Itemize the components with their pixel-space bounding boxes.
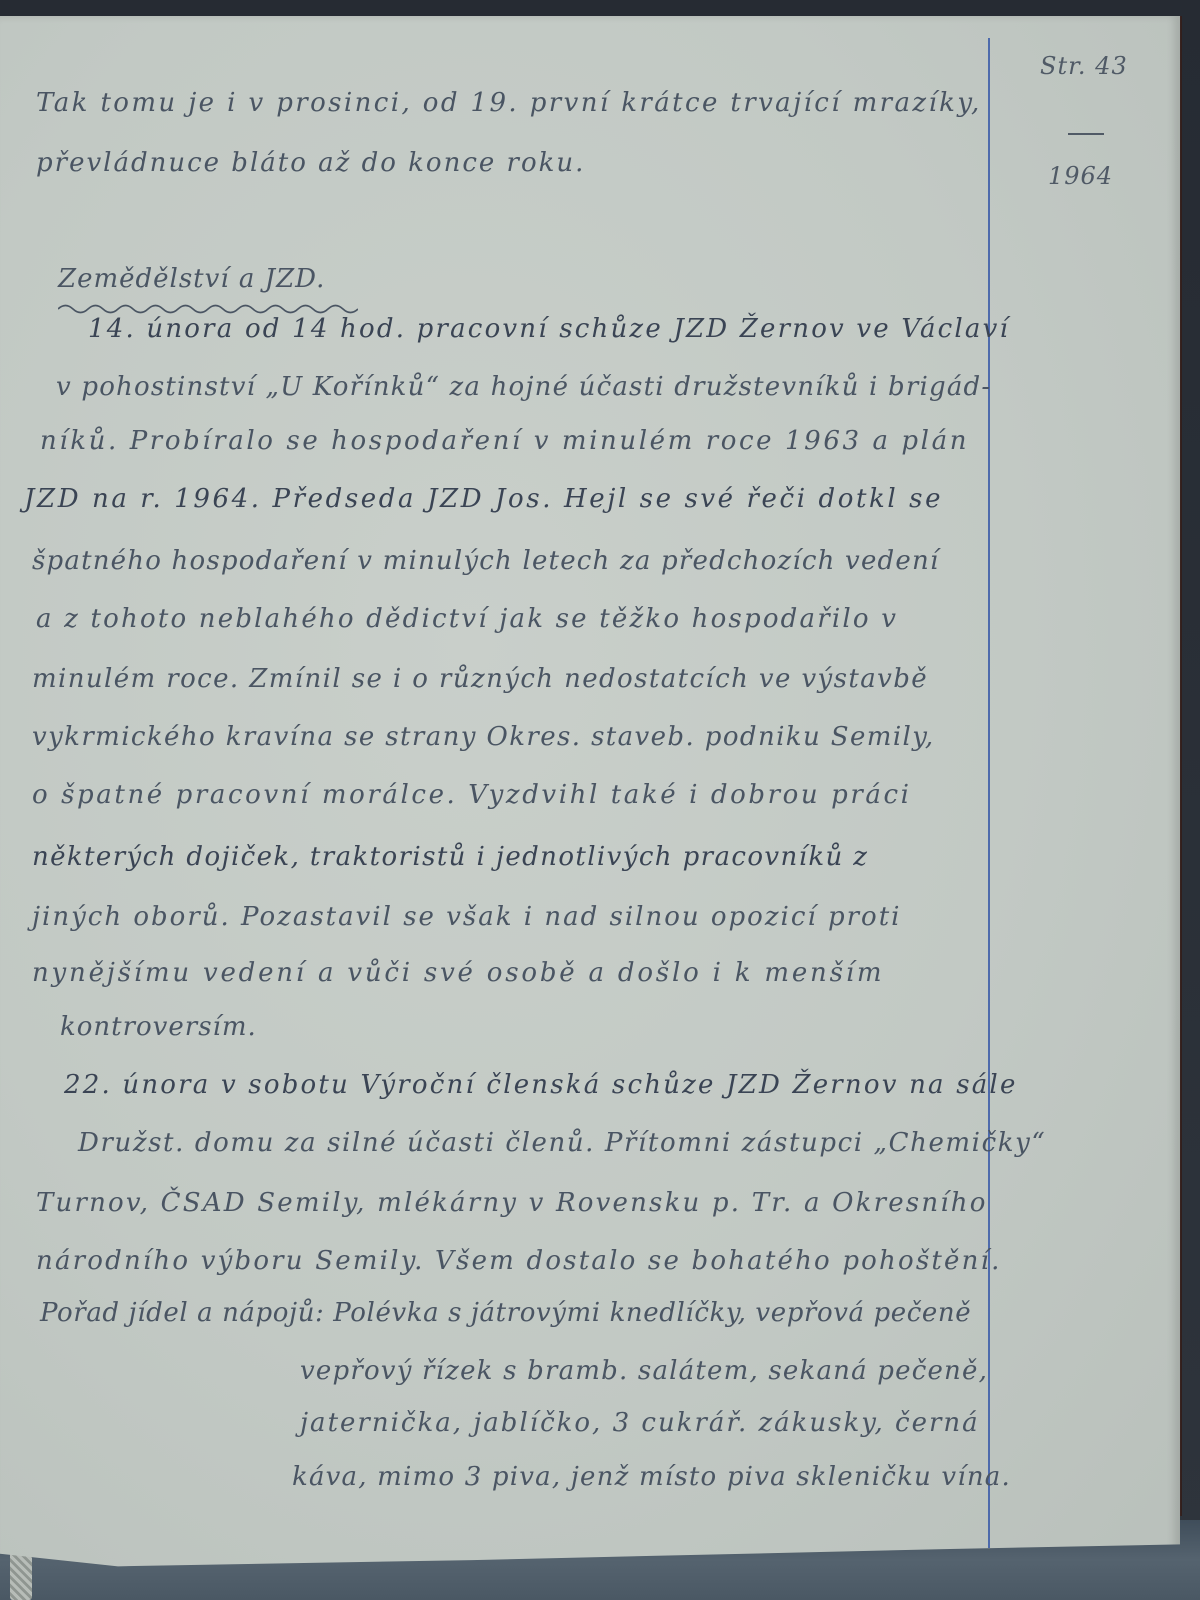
paragraph-1-line-5: špatného hospodaření v minulých letech z… bbox=[32, 546, 939, 576]
paragraph-2-line-3: Turnov, ČSAD Semily, mlékárny v Rovensku… bbox=[36, 1188, 988, 1218]
paragraph-1-line-11: jiných oborů. Pozastavil se však i nad s… bbox=[32, 902, 901, 932]
paragraph-2-line-5: Pořad jídel a nápojů: Polévka s játrovým… bbox=[40, 1298, 971, 1328]
intro-line-1: Tak tomu je i v prosinci, od 19. první k… bbox=[36, 88, 982, 118]
paragraph-2-line-4: národního výboru Semily. Všem dostalo se… bbox=[36, 1246, 1002, 1276]
scan-scene: Str. 43 1964 Tak tomu je i v prosinci, o… bbox=[0, 0, 1200, 1600]
page-number-label: Str. 43 bbox=[1040, 52, 1128, 80]
intro-line-2: převládnuce bláto až do konce roku. bbox=[36, 148, 585, 178]
paragraph-2-line-6: vepřový řízek s bramb. salátem, sekaná p… bbox=[300, 1356, 988, 1386]
margin-separator bbox=[1068, 133, 1104, 135]
paragraph-2-line-2: Družst. domu za silné účasti členů. Přít… bbox=[78, 1128, 1046, 1158]
paragraph-1-line-8: vykrmického kravína se strany Okres. sta… bbox=[32, 722, 935, 752]
section-heading: Zemědělství a JZD. bbox=[58, 264, 325, 294]
paragraph-1-line-6: a z tohoto neblahého dědictví jak se těž… bbox=[36, 604, 898, 634]
paragraph-1-line-7: minulém roce. Zmínil se i o různých nedo… bbox=[32, 664, 928, 694]
paragraph-2-line-8: káva, mimo 3 piva, jenž místo piva sklen… bbox=[292, 1462, 1011, 1492]
paragraph-1-line-4: JZD na r. 1964. Předseda JZD Jos. Hejl s… bbox=[24, 484, 943, 514]
paragraph-1-line-1: 14. února od 14 hod. pracovní schůze JZD… bbox=[88, 314, 1010, 344]
chronicle-page: Str. 43 1964 Tak tomu je i v prosinci, o… bbox=[0, 16, 1180, 1582]
paragraph-1-line-12: nynějšímu vedení a vůči své osobě a došl… bbox=[32, 958, 884, 988]
margin-rule-line bbox=[988, 38, 990, 1548]
margin-year: 1964 bbox=[1048, 162, 1113, 190]
paragraph-1-line-2: v pohostinství „U Kořínků“ za hojné účas… bbox=[56, 372, 991, 402]
paragraph-2-line-1: 22. února v sobotu Výroční členská schůz… bbox=[64, 1070, 1018, 1100]
paragraph-2-line-7: jaternička, jablíčko, 3 cukrář. zákusky,… bbox=[300, 1408, 980, 1438]
paragraph-1-line-3: níků. Probíralo se hospodaření v minulém… bbox=[40, 426, 969, 456]
paragraph-1-line-9: o špatné pracovní morálce. Vyzdvihl také… bbox=[32, 780, 912, 810]
paragraph-1-line-10: některých dojiček, traktoristů i jednotl… bbox=[32, 842, 868, 872]
paragraph-1-line-13: kontroversím. bbox=[60, 1012, 257, 1042]
